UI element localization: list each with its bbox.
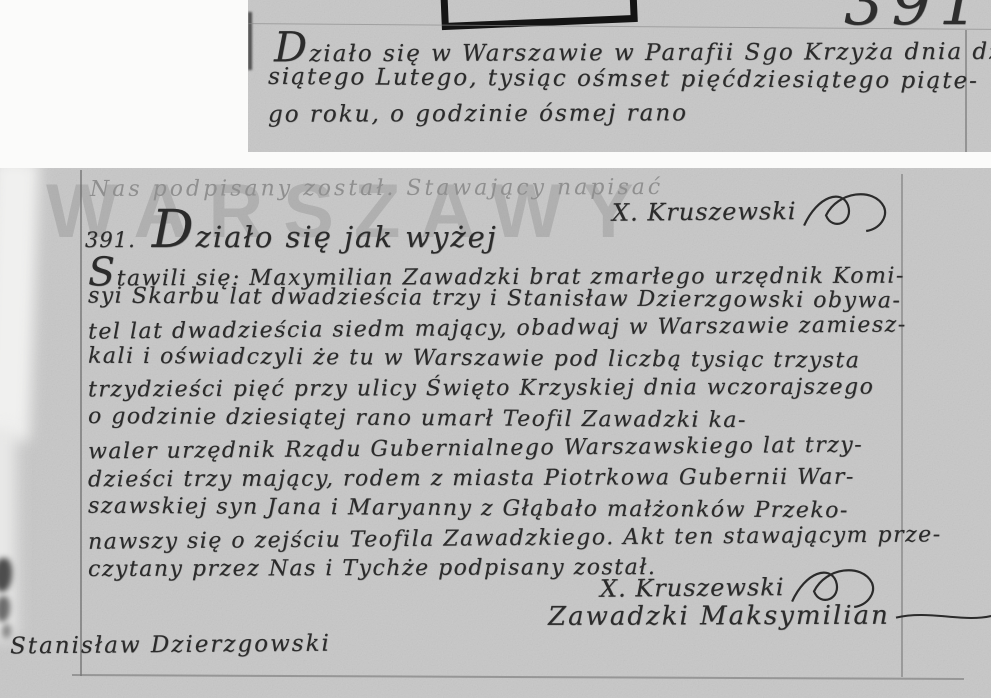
scan-record-main: WARSZAWY Nas podpisany został. Stawający… [0,168,991,698]
scan-edge-mark [248,12,252,70]
rule-bottom [72,674,964,680]
scan-torn-edge [0,168,39,441]
witness-signature: Stanisław Dzierzgowski [10,631,331,660]
scan-fragment-top: 391 Działo się w Warszawie w Parafii Sgo… [248,0,991,152]
record-opening-line: 391. Działo się jak wyżej [85,210,498,254]
body-line: dzieści trzy mający, rodem z miasta Piot… [88,465,855,493]
signature-flourish [802,191,888,234]
body-line: waler urzędnik Rządu Gubernialnego Warsz… [88,433,863,465]
officiant-signature-text: X. Kruszewski [612,197,797,227]
officiant-signature-top: X. Kruszewski [612,191,889,235]
body-line: szawskiej syn Jana i Maryanny z Głąbało … [88,494,849,524]
margin-rule-left [80,170,82,676]
declarant-signature-text: Zawadzki Maksymilian [548,601,890,632]
body-line: syi Skarbu lat dwadzieścia trzy i Stanis… [88,284,902,314]
heading-line-1: Działo się w Warszawie w Parafii Sgo Krz… [274,29,991,68]
body-line: czytany przez Nas i Tychże podpisany zos… [88,555,656,582]
heading-line-3: go roku, o godzinie ósmej rano [268,100,688,127]
scanned-document-page: { "top_fragment": { "record_number_parti… [0,0,991,698]
faded-previous-record-line: Nas podpisany został. Stawający napisać [90,175,663,202]
body-line: o godzinie dziesiątej rano umarł Teofil … [88,404,747,433]
body-line: nawszy się o zejściu Teofila Zawadzkiego… [88,522,942,554]
record-heading: Działo się jak wyżej [152,210,498,254]
officiant-signature-text: X. Kruszewski [600,573,785,603]
body-line: trzydzieści pięć przy ulicy Święto Krzys… [88,375,874,403]
signature-tail-stroke [894,607,991,626]
body-line: tel lat dwadzieścia siedm mający, obadwa… [88,312,907,344]
heading-line-2: siątego Lutego, tysiąc ośmset pięćdziesi… [268,64,979,94]
declarant-signature: Zawadzki Maksymilian [548,600,991,632]
body-line: kali i oświadczyli że tu w Warszawie pod… [88,344,861,374]
